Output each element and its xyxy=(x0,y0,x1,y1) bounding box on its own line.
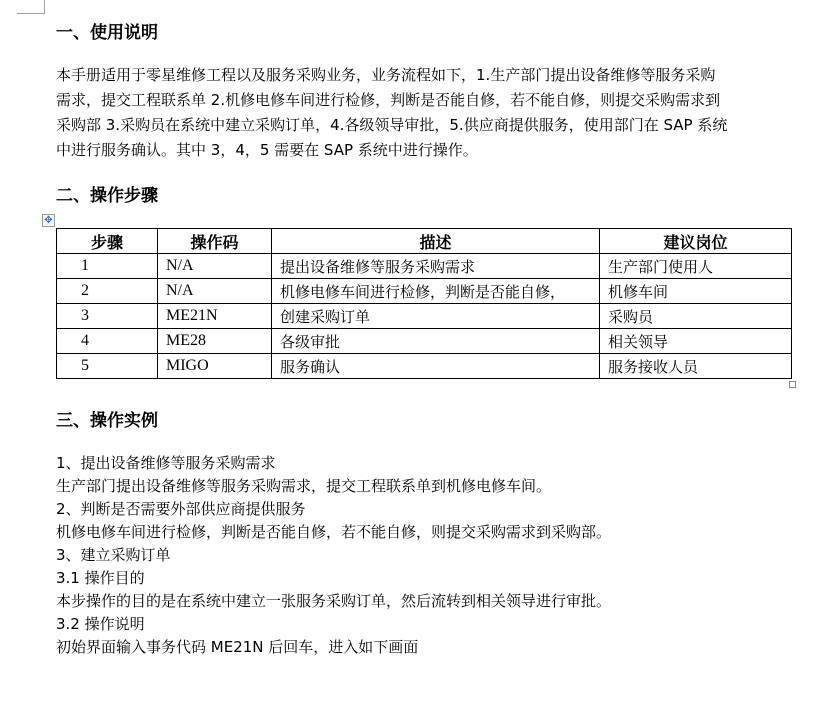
cell-step: 3 xyxy=(57,304,158,329)
header-role: 建议岗位 xyxy=(600,229,792,254)
table-row: 4 ME28 各级审批 相关领导 xyxy=(57,329,792,354)
section2-heading: 二、操作步骤 xyxy=(56,181,158,206)
subheading-3-1: 3.1 操作目的 xyxy=(56,567,611,590)
cell-desc: 服务确认 xyxy=(272,354,600,379)
page-corner-mark xyxy=(17,0,45,14)
cell-desc: 机修电修车间进行检修，判断是否能自修， xyxy=(272,279,600,304)
subheading-3-2: 3.2 操作说明 xyxy=(56,613,611,636)
cell-step: 5 xyxy=(57,354,158,379)
header-step: 步骤 xyxy=(57,229,158,254)
section3-body: 1、提出设备维修等服务采购需求 生产部门提出设备维修等服务采购需求，提交工程联系… xyxy=(56,452,611,659)
cell-step: 2 xyxy=(57,279,158,304)
cell-role: 服务接收人员 xyxy=(600,354,792,379)
cell-role: 生产部门使用人 xyxy=(600,254,792,279)
cell-code: ME28 xyxy=(158,329,272,354)
section1-heading: 一、使用说明 xyxy=(56,18,158,43)
paragraph-line: 本手册适用于零星维修工程以及服务采购业务，业务流程如下，1.生产部门提出设备维修… xyxy=(56,63,796,88)
subheading-2: 2、判断是否需要外部供应商提供服务 xyxy=(56,498,611,521)
steps-table: 步骤 操作码 描述 建议岗位 1 N/A 提出设备维修等服务采购需求 生产部门使… xyxy=(56,228,792,379)
subheading-3: 3、建立采购订单 xyxy=(56,544,611,567)
cell-role: 机修车间 xyxy=(600,279,792,304)
header-desc: 描述 xyxy=(272,229,600,254)
header-code: 操作码 xyxy=(158,229,272,254)
body-text: 机修电修车间进行检修，判断是否能自修，若不能自修，则提交采购需求到采购部。 xyxy=(56,521,611,544)
body-text: 初始界面输入事务代码 ME21N 后回车，进入如下画面 xyxy=(56,636,611,659)
paragraph-line: 需求，提交工程联系单 2.机修电修车间进行检修，判断是否能自修，若不能自修，则提… xyxy=(56,88,796,113)
cell-code: ME21N xyxy=(158,304,272,329)
body-text: 生产部门提出设备维修等服务采购需求，提交工程联系单到机修电修车间。 xyxy=(56,475,611,498)
table-row: 5 MIGO 服务确认 服务接收人员 xyxy=(57,354,792,379)
cell-role: 相关领导 xyxy=(600,329,792,354)
table-row: 2 N/A 机修电修车间进行检修，判断是否能自修， 机修车间 xyxy=(57,279,792,304)
cell-desc: 各级审批 xyxy=(272,329,600,354)
cell-desc: 创建采购订单 xyxy=(272,304,600,329)
subheading-1: 1、提出设备维修等服务采购需求 xyxy=(56,452,611,475)
cell-step: 1 xyxy=(57,254,158,279)
section1-paragraph: 本手册适用于零星维修工程以及服务采购业务，业务流程如下，1.生产部门提出设备维修… xyxy=(56,63,796,163)
resize-handle-icon[interactable] xyxy=(789,381,796,388)
cell-role: 采购员 xyxy=(600,304,792,329)
move-arrows-icon[interactable]: ✥ xyxy=(42,214,55,227)
paragraph-line: 采购部 3.采购员在系统中建立采购订单，4.各级领导审批，5.供应商提供服务，使… xyxy=(56,113,796,138)
cell-code: MIGO xyxy=(158,354,272,379)
body-text: 本步操作的目的是在系统中建立一张服务采购订单，然后流转到相关领导进行审批。 xyxy=(56,590,611,613)
paragraph-line: 中进行服务确认。其中 3，4，5 需要在 SAP 系统中进行操作。 xyxy=(56,138,796,163)
cell-code: N/A xyxy=(158,279,272,304)
cell-desc: 提出设备维修等服务采购需求 xyxy=(272,254,600,279)
table-header-row: 步骤 操作码 描述 建议岗位 xyxy=(57,229,792,254)
cell-step: 4 xyxy=(57,329,158,354)
cell-code: N/A xyxy=(158,254,272,279)
table-row: 3 ME21N 创建采购订单 采购员 xyxy=(57,304,792,329)
table-row: 1 N/A 提出设备维修等服务采购需求 生产部门使用人 xyxy=(57,254,792,279)
section3-heading: 三、操作实例 xyxy=(56,406,158,431)
